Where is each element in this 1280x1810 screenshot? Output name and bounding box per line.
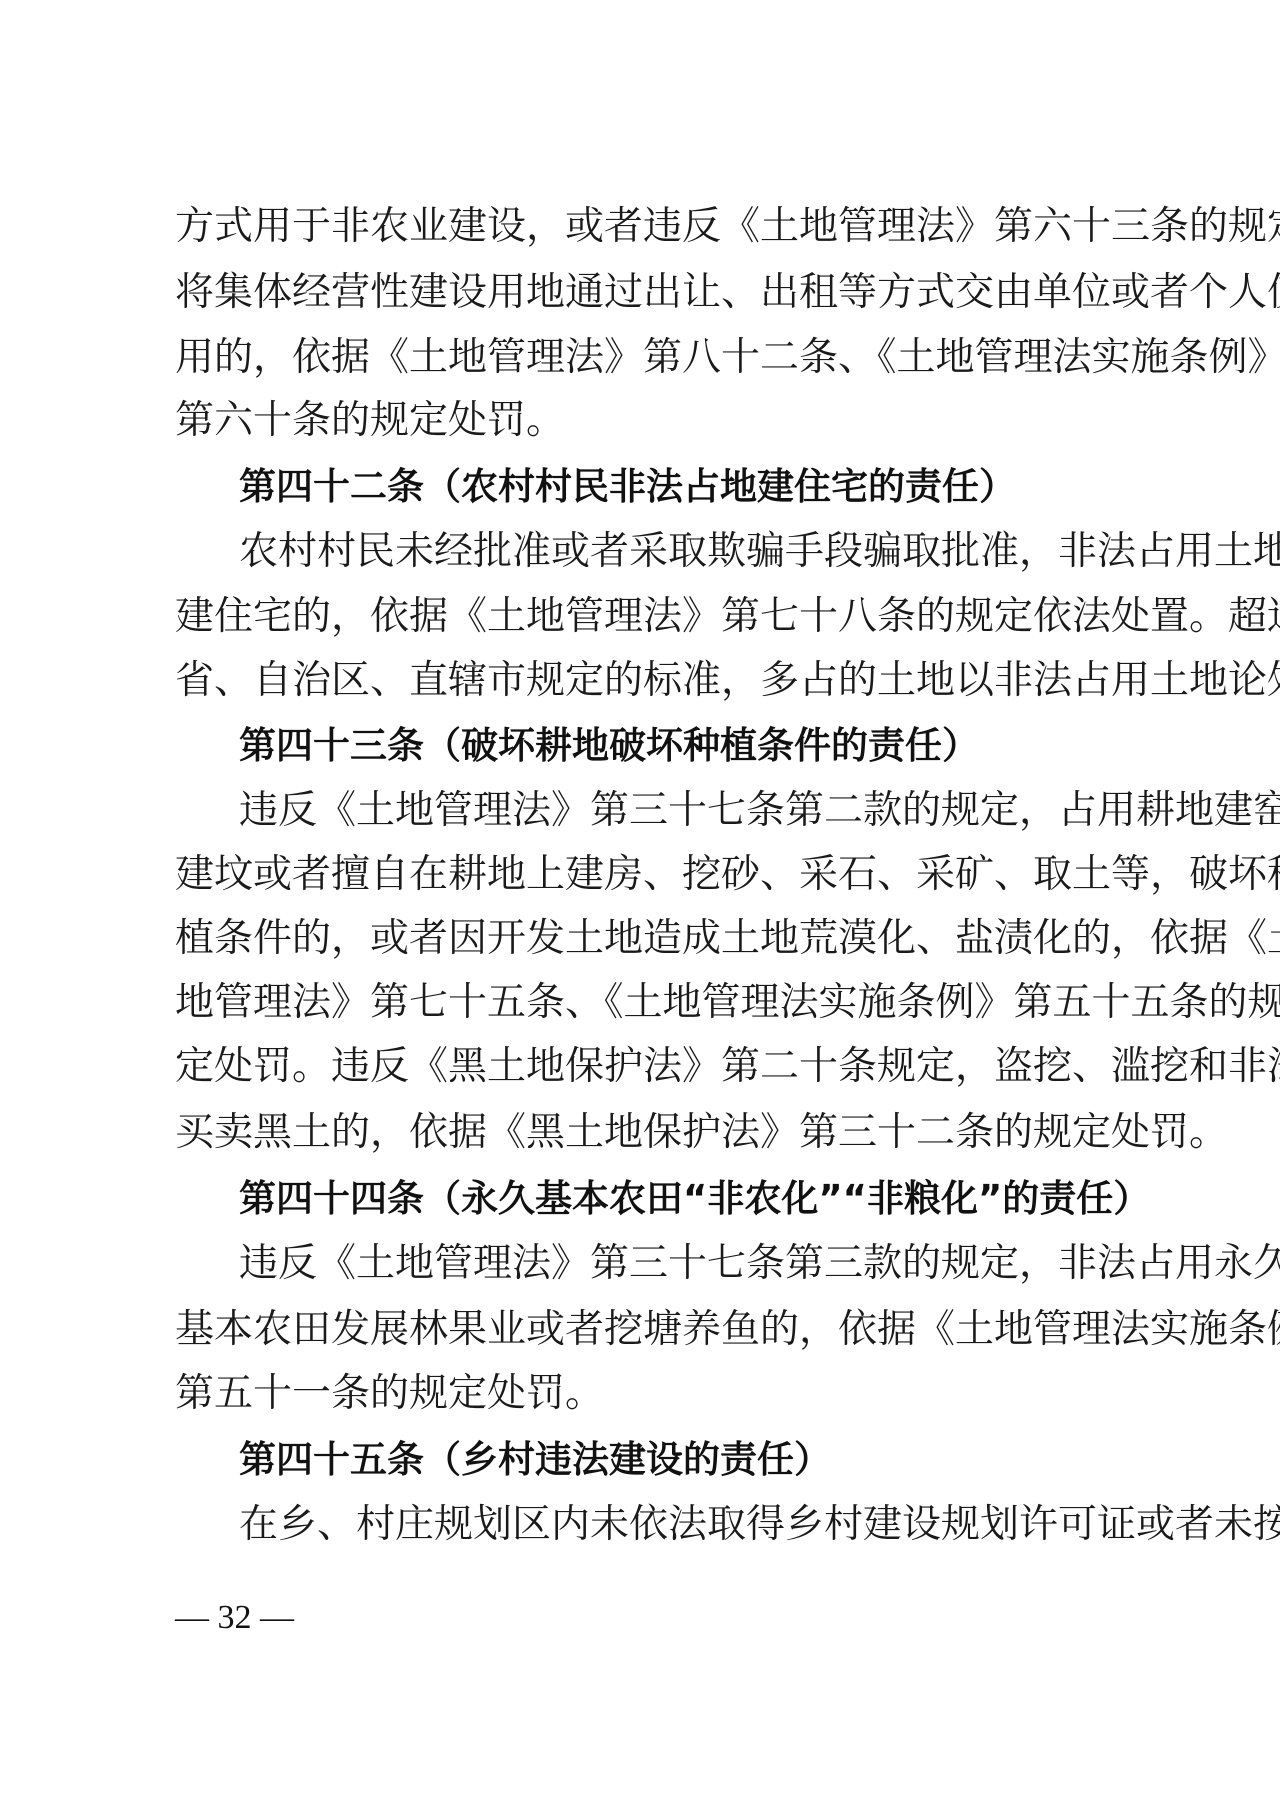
article-heading-43: 第四十三条（破坏耕地破坏种植条件的责任） <box>239 721 1106 771</box>
body-line: 定处罚。违反《黑土地保护法》第二十条规定，盗挖、滥挖和非法 <box>175 1042 1106 1092</box>
body-line: 买卖黑土的，依据《黑土地保护法》第三十二条的规定处罚。 <box>175 1108 1106 1158</box>
body-line: 方式用于非农业建设，或者违反《土地管理法》第六十三条的规定， <box>175 202 1106 252</box>
body-line: 第六十条的规定处罚。 <box>175 396 1106 446</box>
body-line: 在乡、村庄规划区内未依法取得乡村建设规划许可证或者未按 <box>239 1500 1106 1550</box>
page-number: — 32 — <box>175 1596 294 1640</box>
body-line: 植条件的，或者因开发土地造成土地荒漠化、盐渍化的，依据《土 <box>175 914 1106 964</box>
body-line: 建住宅的，依据《土地管理法》第七十八条的规定依法处置。超过 <box>175 592 1106 642</box>
document-page: 方式用于非农业建设，或者违反《土地管理法》第六十三条的规定， 将集体经营性建设用… <box>0 0 1280 1810</box>
body-line: 农村村民未经批准或者采取欺骗手段骗取批准，非法占用土地 <box>239 527 1106 577</box>
body-line: 第五十一条的规定处罚。 <box>175 1369 1106 1419</box>
body-line: 违反《土地管理法》第三十七条第三款的规定，非法占用永久 <box>239 1239 1106 1289</box>
article-heading-44: 第四十四条（永久基本农田“非农化”“非粮化”的责任） <box>239 1174 1106 1224</box>
body-line: 省、自治区、直辖市规定的标准，多占的土地以非法占用土地论处。 <box>175 656 1106 706</box>
body-line: 地管理法》第七十五条、《土地管理法实施条例》第五十五条的规 <box>175 978 1106 1028</box>
body-line: 违反《土地管理法》第三十七条第二款的规定，占用耕地建窑、 <box>239 786 1106 836</box>
body-line: 建坟或者擅自在耕地上建房、挖砂、采石、采矿、取土等，破坏种 <box>175 850 1106 900</box>
body-line: 将集体经营性建设用地通过出让、出租等方式交由单位或者个人使 <box>175 268 1106 318</box>
body-line: 用的，依据《土地管理法》第八十二条、《土地管理法实施条例》 <box>175 333 1106 383</box>
article-heading-45: 第四十五条（乡村违法建设的责任） <box>239 1435 1106 1485</box>
body-line: 基本农田发展林果业或者挖塘养鱼的，依据《土地管理法实施条例》 <box>175 1305 1106 1355</box>
article-heading-42: 第四十二条（农村村民非法占地建住宅的责任） <box>239 462 1106 512</box>
